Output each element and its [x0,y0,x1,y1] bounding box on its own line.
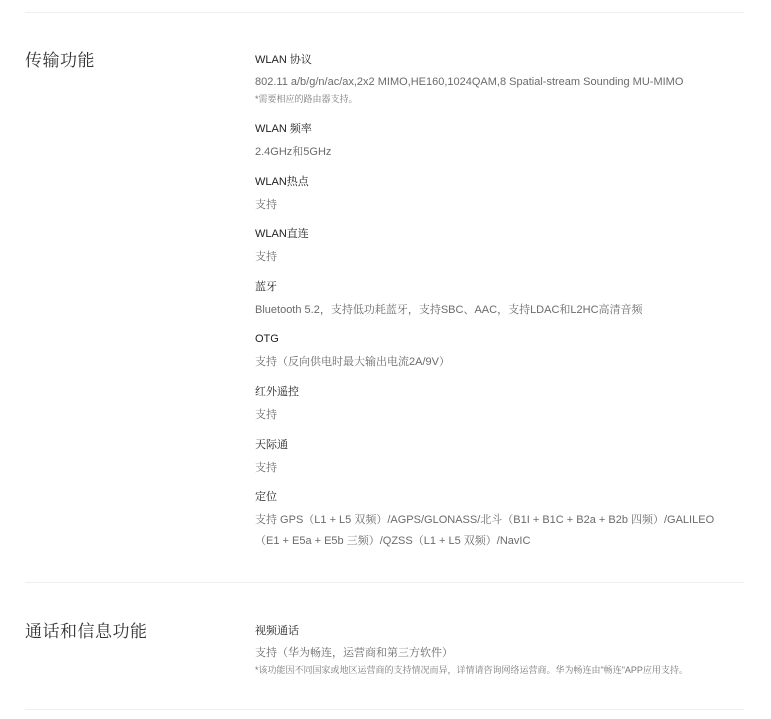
spec-item-wlan-frequency: WLAN 频率 2.4GHz和5GHz [255,122,735,163]
spec-value: 支持 [255,195,735,216]
spec-note: *该功能因不同国家或地区运营商的支持情况而异，详情请咨询网络运营商。华为畅连由"… [255,664,735,676]
spec-item-otg: OTG 支持（反向供电时最大输出电流2A/9V） [255,332,735,373]
spec-label: WLAN 频率 [255,122,735,136]
spec-value: 支持 [255,247,735,268]
section-title: 通话和信息功能 [25,622,148,642]
spec-label: WLAN 协议 [255,53,735,67]
section-title: 传输功能 [25,51,95,71]
spec-item-video-call: 视频通话 支持（华为畅连，运营商和第三方软件） *该功能因不同国家或地区运营商的… [255,624,735,676]
spec-value: 802.11 a/b/g/n/ac/ax,2x2 MIMO,HE160,1024… [255,72,735,93]
spec-item-wlan-hotspot: WLAN热点 支持 [255,175,735,216]
spec-value: 2.4GHz和5GHz [255,142,735,163]
spec-item-positioning: 定位 支持 GPS（L1 + L5 双频）/AGPS/GLONASS/北斗（B1… [255,490,715,552]
spec-label: 红外遥控 [255,385,735,399]
spec-label: WLAN直连 [255,227,735,241]
spec-value: 支持（华为畅连，运营商和第三方软件） [255,643,735,664]
spec-label: 天际通 [255,438,735,452]
divider-middle [25,582,744,583]
spec-item-skytone: 天际通 支持 [255,438,735,479]
spec-note: *需要相应的路由器支持。 [255,93,735,105]
spec-item-bluetooth: 蓝牙 Bluetooth 5.2，支持低功耗蓝牙，支持SBC、AAC，支持LDA… [255,280,735,321]
divider-bottom [25,709,744,710]
spec-value: 支持（反向供电时最大输出电流2A/9V） [255,352,735,373]
spec-value: 支持 [255,458,735,479]
spec-label: 蓝牙 [255,280,735,294]
divider-top [25,12,744,13]
spec-item-wlan-protocol: WLAN 协议 802.11 a/b/g/n/ac/ax,2x2 MIMO,HE… [255,53,735,105]
spec-item-wlan-direct: WLAN直连 支持 [255,227,735,268]
spec-value: Bluetooth 5.2，支持低功耗蓝牙，支持SBC、AAC，支持LDAC和L… [255,300,735,321]
spec-value: 支持 GPS（L1 + L5 双频）/AGPS/GLONASS/北斗（B1I +… [255,510,715,552]
spec-label: 视频通话 [255,624,735,638]
spec-label: 定位 [255,490,715,504]
spec-value: 支持 [255,405,735,426]
spec-label: WLAN热点 [255,175,735,189]
spec-item-ir-remote: 红外遥控 支持 [255,385,735,426]
spec-label: OTG [255,332,735,346]
